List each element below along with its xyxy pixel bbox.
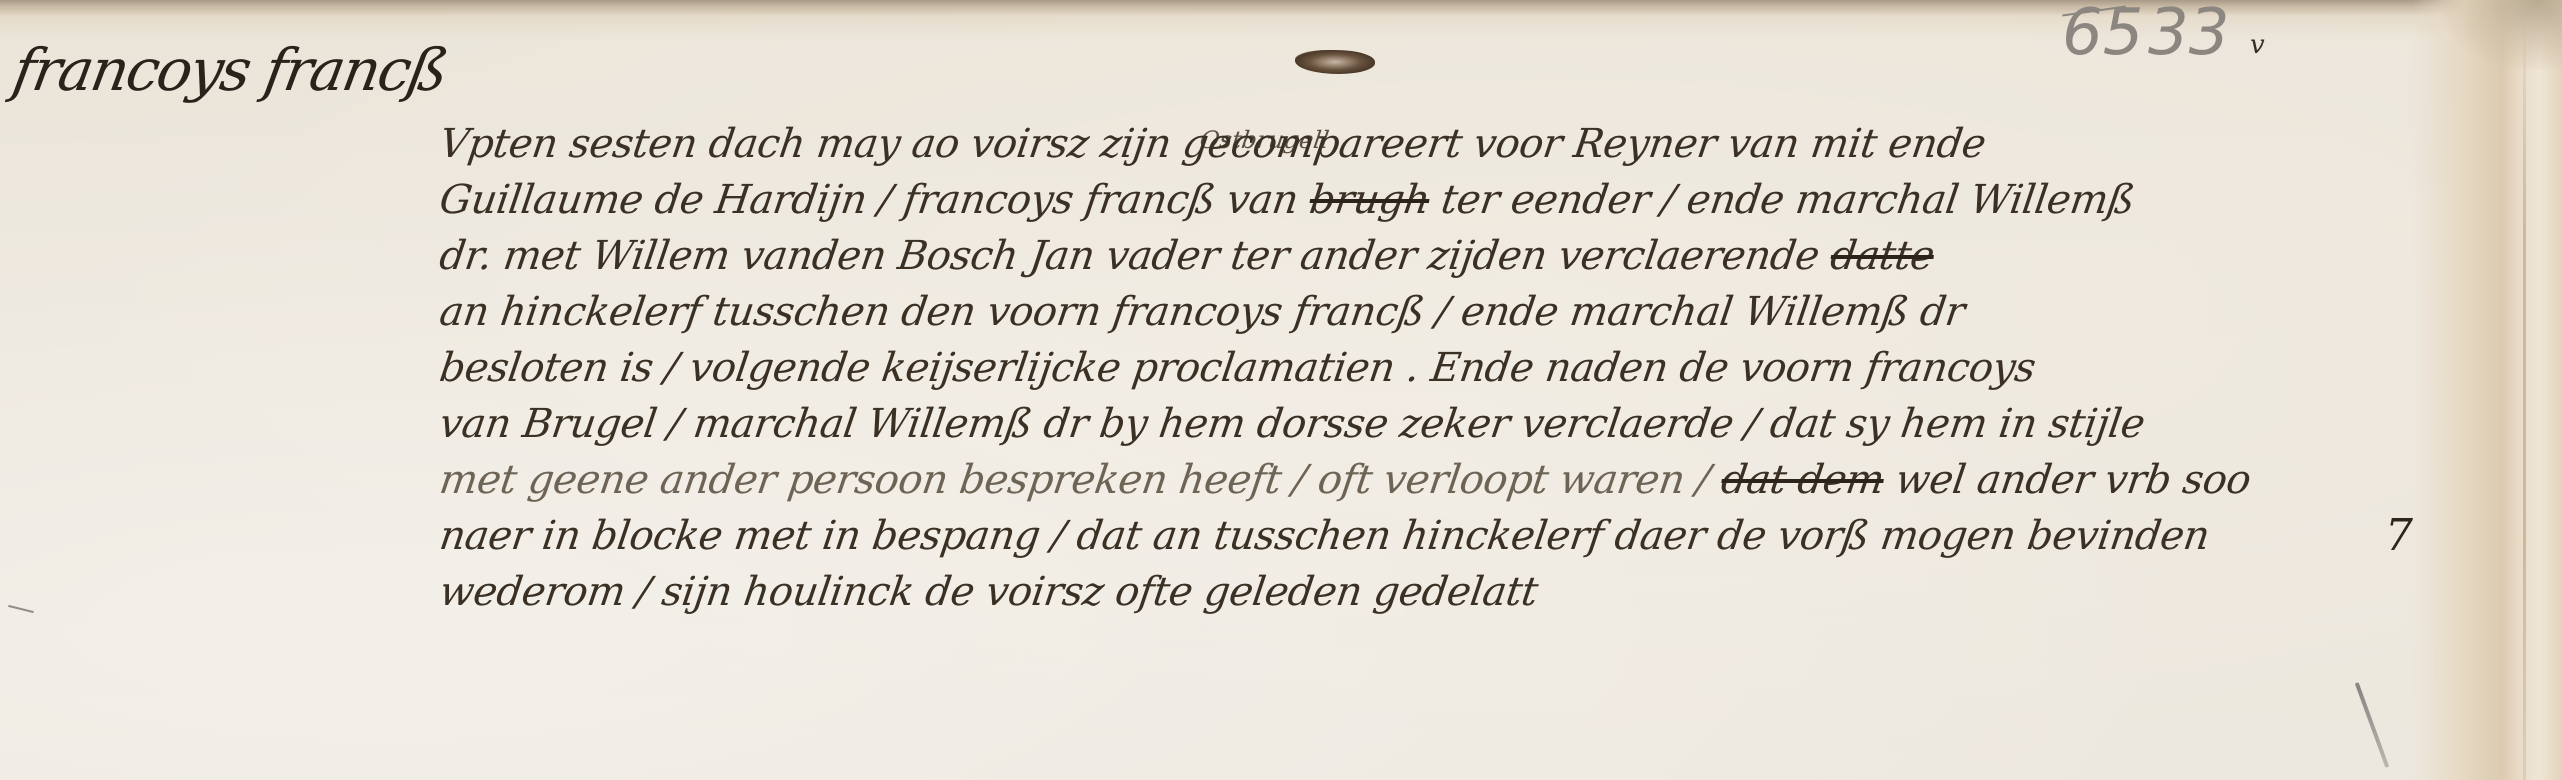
folio-number-old: 65: [2062, 0, 2143, 70]
line-segment: Guillaume de Hardijn / francoys francß v…: [437, 177, 1313, 223]
line-segment: besloten is / volgende keijserlijcke pro…: [437, 345, 2038, 391]
text-line: Vpten sesten dach may ao voirsz zijn gec…: [436, 116, 2444, 172]
manuscript-page: francoys francß 65 33 v Ostbrugell Vpten…: [0, 0, 2562, 780]
text-line: met geene ander persoon bespreken heeft …: [436, 452, 2444, 508]
struck-word: brugh: [1307, 177, 1433, 223]
ink-blot: [1295, 50, 1375, 74]
line-segment: Vpten sesten dach may ao voirsz zijn gec…: [437, 121, 1989, 167]
folio-number-current: 33: [2148, 0, 2229, 70]
line-segment: wel ander vrb soo: [1880, 457, 2253, 503]
pencil-tick-mark: [2355, 682, 2390, 768]
text-line: van Brugel / marchal Willemß dr by hem d…: [436, 396, 2444, 452]
line-segment: ter eender / ende marchal Willemß: [1426, 177, 2137, 223]
margin-dash-mark: [8, 605, 34, 613]
line-segment: wederom / sijn houlinck de voirsz ofte g…: [437, 569, 1541, 615]
text-line: dr. met Willem vanden Bosch Jan vader te…: [436, 228, 2444, 284]
margin-heading: francoys francß: [8, 36, 452, 104]
struck-word: datte: [1828, 233, 1937, 279]
text-line: Guillaume de Hardijn / francoys francß v…: [436, 172, 2444, 228]
page-fold-line: [2523, 0, 2526, 780]
line-segment: dr. met Willem vanden Bosch Jan vader te…: [437, 233, 1834, 279]
margin-note-right: 7: [2385, 510, 2413, 561]
manuscript-body: Vpten sesten dach may ao voirsz zijn gec…: [440, 116, 2440, 620]
text-line: besloten is / volgende keijserlijcke pro…: [436, 340, 2444, 396]
corner-stain: [2442, 0, 2562, 70]
line-segment: an hinckelerf tusschen den voorn francoy…: [437, 289, 1968, 335]
line-segment: naer in blocke met in bespang / dat an t…: [437, 513, 2212, 559]
text-line: an hinckelerf tusschen den voorn francoy…: [436, 284, 2444, 340]
folio-verso-mark: v: [2250, 30, 2265, 60]
text-line: wederom / sijn houlinck de voirsz ofte g…: [436, 564, 2444, 620]
struck-word: dat dem: [1719, 457, 1887, 503]
line-segment: met geene ander persoon bespreken heeft …: [437, 457, 1725, 503]
line-segment: van Brugel / marchal Willemß dr by hem d…: [437, 401, 2148, 447]
text-line: naer in blocke met in bespang / dat an t…: [436, 508, 2444, 564]
